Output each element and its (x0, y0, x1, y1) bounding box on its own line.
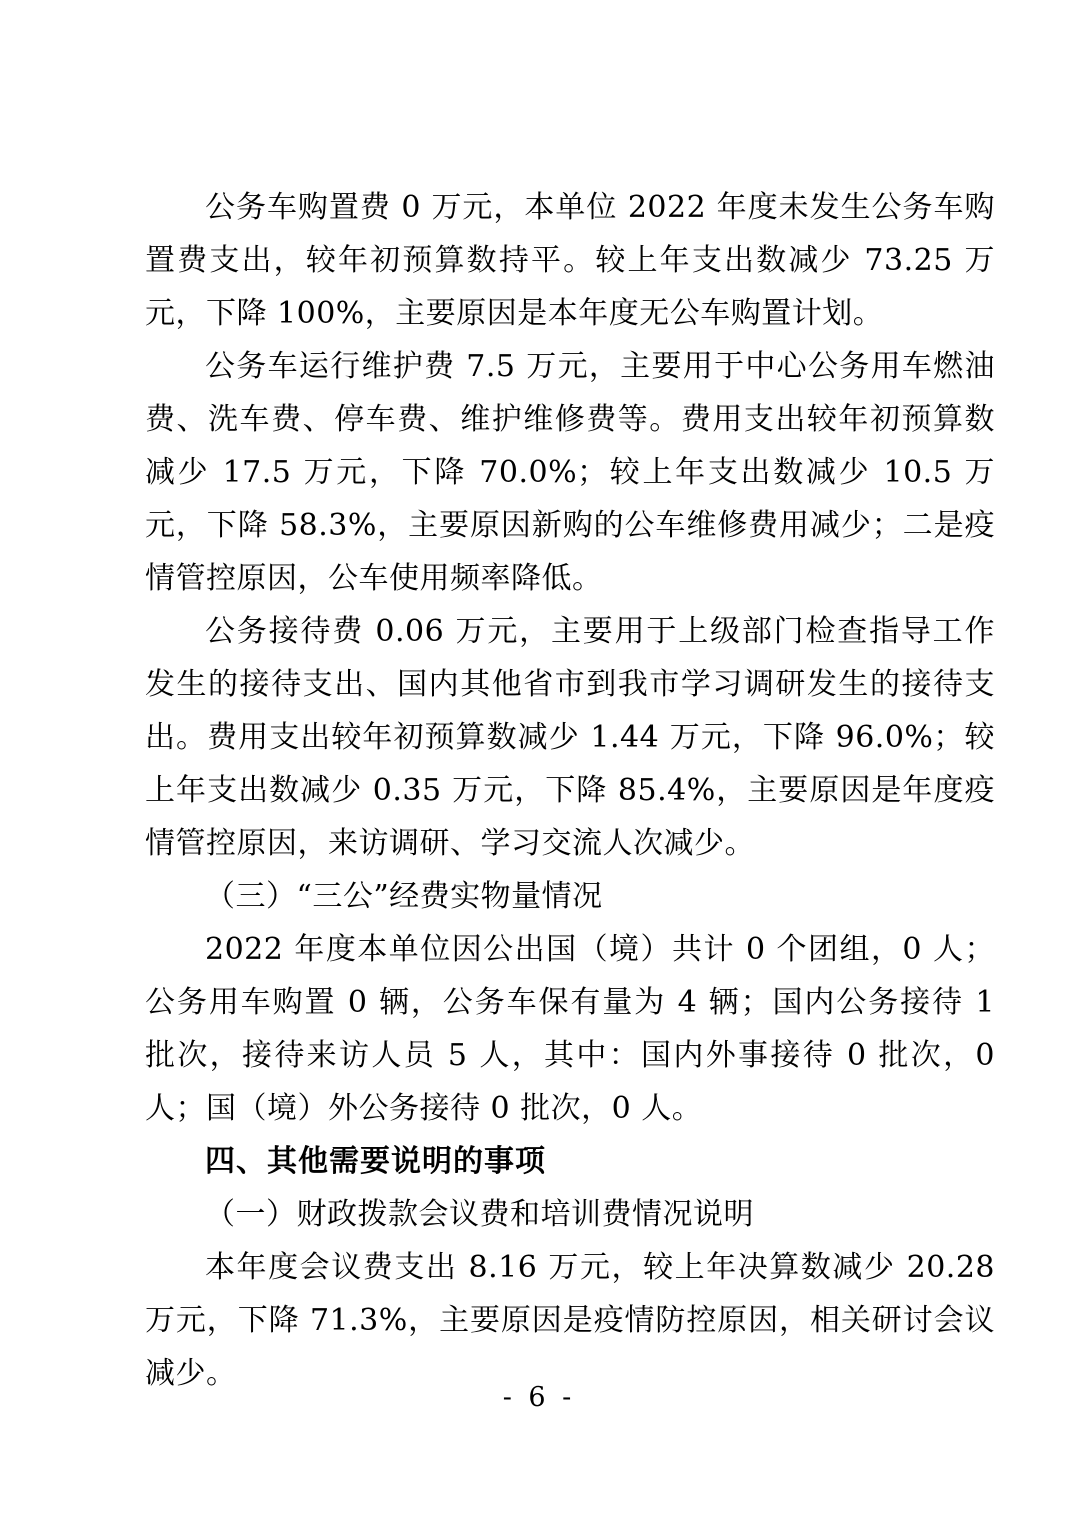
document-page: 公务车购置费 0 万元，本单位 2022 年度未发生公务车购置费支出，较年初预算… (0, 0, 1074, 1520)
heading-other-matters-to-explain: 四、其他需要说明的事项 (145, 1135, 995, 1188)
paragraph-official-reception-fee: 公务接待费 0.06 万元，主要用于上级部门检查指导工作发生的接待支出、国内其他… (145, 605, 995, 870)
paragraph-official-car-purchase-fee: 公务车购置费 0 万元，本单位 2022 年度未发生公务车购置费支出，较年初预算… (145, 181, 995, 340)
heading-meeting-and-training-fee-note: （一）财政拨款会议费和培训费情况说明 (145, 1188, 995, 1241)
paragraph-official-car-operation-maintenance-fee: 公务车运行维护费 7.5 万元，主要用于中心公务用车燃油费、洗车费、停车费、维护… (145, 340, 995, 605)
paragraph-physical-quantity-details: 2022 年度本单位因公出国（境）共计 0 个团组，0 人；公务用车购置 0 辆… (145, 923, 995, 1135)
heading-three-public-funds-physical-quantity: （三）“三公”经费实物量情况 (145, 870, 995, 923)
page-number: - 6 - (0, 1380, 1074, 1416)
paragraph-meeting-fee-details: 本年度会议费支出 8.16 万元，较上年决算数减少 20.28 万元，下降 71… (145, 1241, 995, 1400)
document-body: 公务车购置费 0 万元，本单位 2022 年度未发生公务车购置费支出，较年初预算… (145, 181, 995, 1400)
